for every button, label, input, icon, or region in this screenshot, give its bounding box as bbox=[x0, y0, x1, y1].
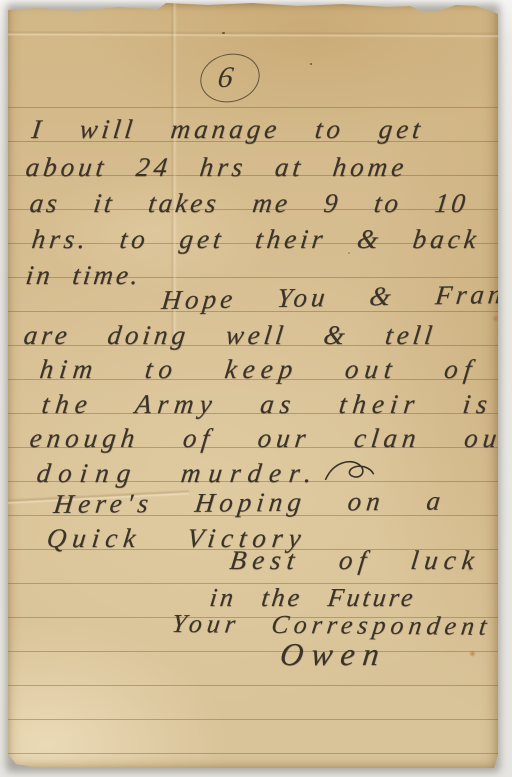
letter-line: doing murder. bbox=[35, 458, 321, 489]
fold-crease-top bbox=[8, 30, 498, 38]
letter-line: I will manage to get bbox=[30, 114, 426, 145]
letter-line: about 24 hrs at home bbox=[24, 152, 409, 183]
letter-line: are doing well & tell bbox=[22, 320, 438, 351]
rust-stain bbox=[469, 650, 476, 657]
letter-line: the Army as their is bbox=[40, 389, 495, 420]
letter-line: in time. bbox=[24, 260, 143, 291]
letter-line: Hope You & Frank bbox=[160, 279, 498, 316]
ink-speck bbox=[310, 63, 312, 65]
letter-line: hrs. to get their & back bbox=[30, 224, 482, 255]
letter-paper: 6 I will manage to get about 24 hrs at h… bbox=[8, 2, 498, 768]
signature-owen: Owen bbox=[278, 636, 389, 673]
ink-speck bbox=[222, 32, 225, 34]
letter-line: Here's Hoping on a bbox=[52, 486, 447, 520]
letter-line: as it takes me 9 to 10 h bbox=[28, 188, 498, 219]
letter-line: him to keep out of bbox=[38, 354, 479, 385]
scanned-letter: 6 I will manage to get about 24 hrs at h… bbox=[0, 0, 512, 777]
page-number: 6 bbox=[215, 61, 245, 95]
letter-line: Best of luck bbox=[228, 545, 482, 576]
rust-stain bbox=[492, 315, 498, 322]
letter-line: enough of our clan out bbox=[28, 423, 498, 454]
letter-line: in the Future bbox=[208, 583, 417, 613]
